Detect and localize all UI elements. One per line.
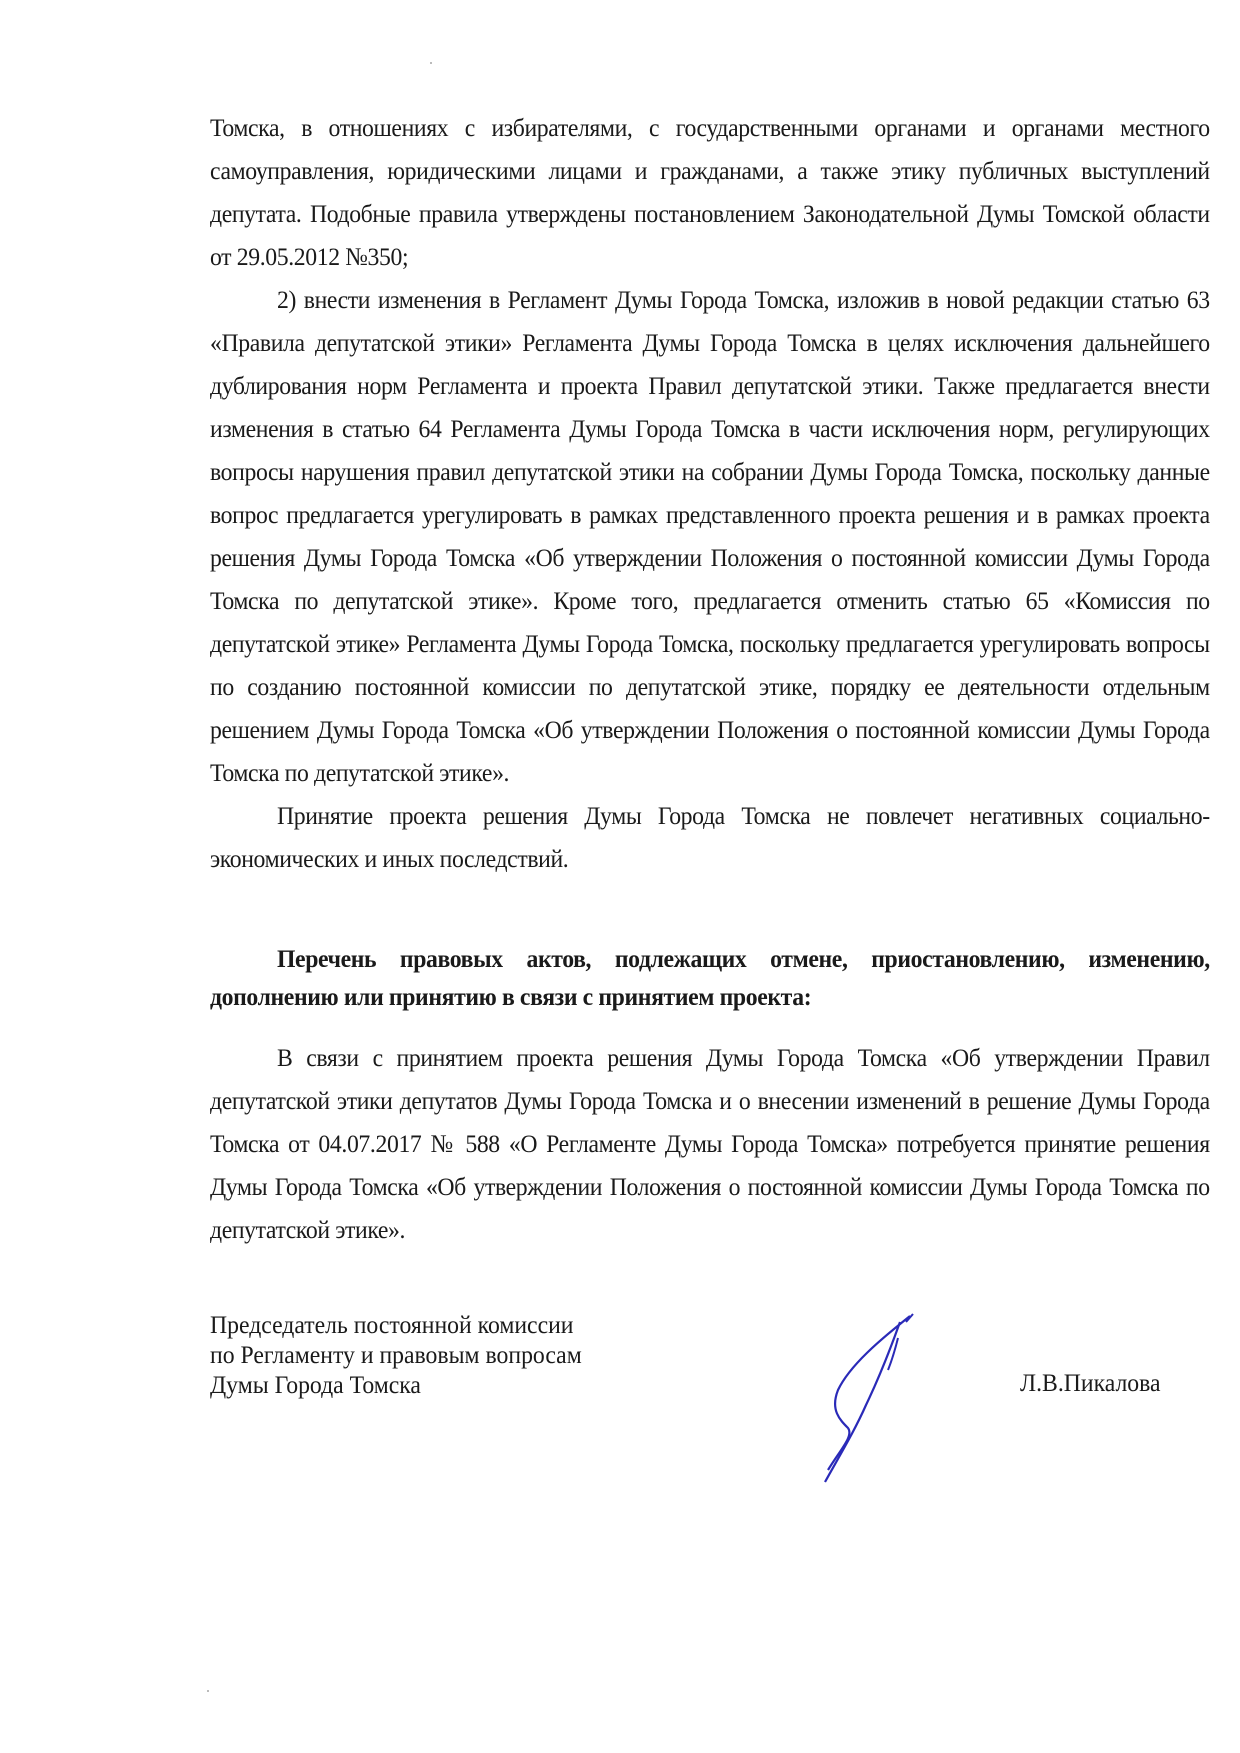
- scan-speck: [207, 1690, 209, 1692]
- section-body: В связи с принятием проекта решения Думы…: [210, 1036, 1140, 1251]
- paragraph-related-acts: В связи с принятием проекта решения Думы…: [210, 1036, 1210, 1251]
- body-text-upper: Томска, в отношениях с избирателями, с г…: [210, 106, 1140, 880]
- signer-title-line: Думы Города Томска: [210, 1370, 582, 1400]
- signer-title-line: по Регламенту и правовым вопросам: [210, 1340, 582, 1370]
- handwritten-signature-icon: [770, 1310, 970, 1490]
- document-page: Томска, в отношениях с избирателями, с г…: [0, 0, 1240, 1753]
- section-block: Перечень правовых актов, подлежащих отме…: [210, 940, 1140, 1016]
- signer-name: Л.В.Пикалова: [1020, 1368, 1161, 1398]
- paragraph-consequences: Принятие проекта решения Думы Города Том…: [210, 794, 1210, 880]
- signer-title: Председатель постоянной комиссии по Регл…: [210, 1310, 582, 1400]
- scan-speck: [430, 62, 432, 64]
- signer-title-line: Председатель постоянной комиссии: [210, 1310, 582, 1340]
- section-heading: Перечень правовых актов, подлежащих отме…: [210, 940, 1210, 1016]
- paragraph-amendments: 2) внести изменения в Регламент Думы Гор…: [210, 278, 1210, 794]
- paragraph-continued: Томска, в отношениях с избирателями, с г…: [210, 106, 1210, 278]
